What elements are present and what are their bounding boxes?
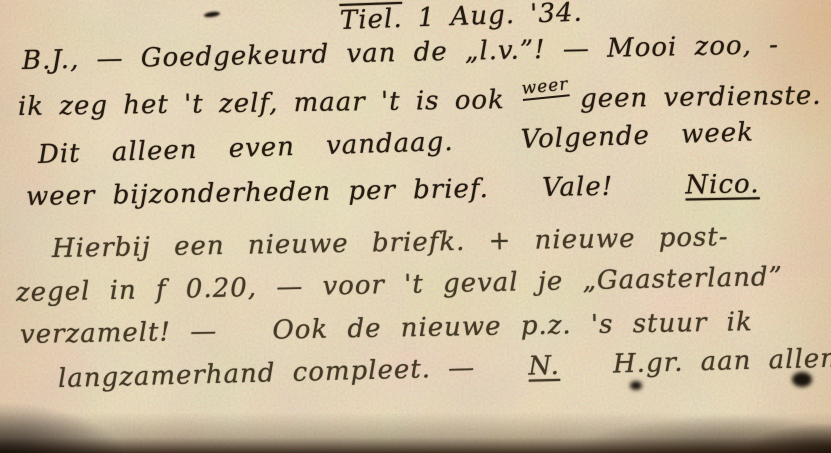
postcard-photo: Tiel. 1 Aug. '34. B.J., — Goedgekeurd va… <box>0 0 831 453</box>
dateline-date: 1 Aug. '34. <box>417 0 583 33</box>
line-4-text-a: weer bijzonderheden per brief. <box>26 174 489 212</box>
handwritten-line-8: langzamerhand compleet. — N. H.gr. aan a… <box>58 343 831 394</box>
line-7-text-b: Ook de nieuwe p.z. 's stuur ik <box>272 307 753 345</box>
line-4-text-b: Vale! <box>542 172 614 203</box>
line-3-text-a: Dit alleen even vandaag. <box>38 127 454 170</box>
handwritten-line-7: verzamelt! — Ook de nieuwe p.z. 's stuur… <box>20 307 753 350</box>
handwriting-layer: Tiel. 1 Aug. '34. B.J., — Goedgekeurd va… <box>0 0 831 453</box>
line-8-text-a: langzamerhand compleet. — <box>58 353 476 394</box>
signature-nico: Nico. <box>685 169 760 200</box>
line-2-inserted-word: weer <box>521 74 570 101</box>
handwritten-line-6: zegel in f 0.20, — voor 't geval je „Gaa… <box>16 262 783 308</box>
signature-initial: N. <box>528 351 560 382</box>
handwritten-line-4: weer bijzonderheden per brief. Vale! Nic… <box>26 169 760 212</box>
line-7-text-a: verzamelt! — <box>20 317 218 350</box>
dateline: Tiel. 1 Aug. '34. <box>339 0 583 36</box>
line-2-text-a: ik zeg het 't zelf, maar 't is ook <box>18 85 505 122</box>
handwritten-line-3: Dit alleen even vandaag. Volgende week <box>38 118 755 170</box>
line-3-text-b: Volgende week <box>520 118 754 155</box>
handwritten-line-2: ik zeg het 't zelf, maar 't is ook weer … <box>18 81 822 122</box>
line-2-text-b: geen verdienste. <box>580 81 822 114</box>
handwritten-line-5: Hierbij een nieuwe briefk. + nieuwe post… <box>52 222 729 264</box>
handwritten-line-1: B.J., — Goedgekeurd van de „l.v.”! — Moo… <box>22 30 780 76</box>
dateline-place: Tiel. <box>339 4 403 36</box>
ink-blob <box>630 381 642 390</box>
ink-blob <box>792 372 812 387</box>
